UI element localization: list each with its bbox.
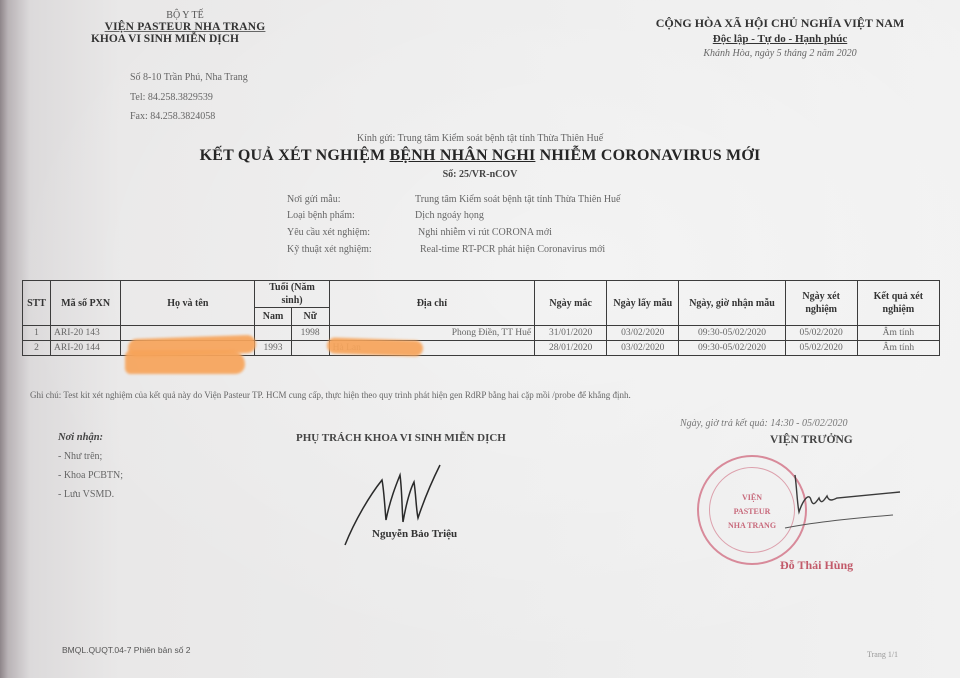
form-code: BMQL.QUQT.04-7 Phiên bản số 2: [62, 645, 191, 655]
info-row: Kỹ thuật xét nghiệm:Real-time RT-PCR phá…: [287, 244, 605, 255]
recipients-title: Nơi nhận:: [58, 432, 103, 443]
col-sampled: Ngày lấy mẫu: [607, 281, 679, 326]
recipient-item: - Như trên;: [58, 451, 102, 462]
fax-line: Fax: 84.258.3824058: [130, 111, 215, 122]
director-title: VIỆN TRƯỞNG: [770, 434, 853, 446]
col-address: Địa chỉ: [329, 281, 534, 326]
national-motto: Độc lập - Tự do - Hạnh phúc: [620, 33, 940, 45]
col-result: Kết quả xét nghiệm: [857, 281, 939, 326]
test-note: Ghi chú: Test kit xét nghiệm của kết quả…: [30, 390, 631, 400]
tel-line: Tel: 84.258.3829539: [130, 92, 213, 103]
redaction-mark: [125, 350, 245, 374]
info-row: Nơi gửi mẫu:Trung tâm Kiểm soát bệnh tật…: [287, 194, 621, 205]
page-number: Trang 1/1: [867, 650, 898, 659]
col-tested: Ngày xét nghiệm: [785, 281, 857, 326]
document-title: KẾT QUẢ XÉT NGHIỆM BỆNH NHÂN NGHI NHIỄM …: [0, 147, 960, 165]
director-signature: [775, 470, 915, 540]
info-row: Yêu cầu xét nghiệm:Nghi nhiễm vi rút COR…: [287, 227, 552, 238]
redaction-mark: [327, 337, 423, 356]
info-row: Loại bệnh phẩm:Dịch ngoáy họng: [287, 210, 484, 221]
col-female: Nữ: [291, 308, 329, 326]
department-head-title: PHỤ TRÁCH KHOA VI SINH MIỄN DỊCH: [296, 432, 506, 444]
institute-name: VIỆN PASTEUR NHA TRANG: [70, 21, 300, 33]
recipient-line: Kính gửi: Trung tâm Kiểm soát bệnh tật t…: [0, 133, 960, 144]
recipient-item: - Lưu VSMD.: [58, 489, 114, 500]
col-stt: STT: [23, 281, 51, 326]
col-age: Tuổi (Năm sinh): [255, 281, 329, 308]
result-return-time: Ngày, giờ trả kết quả: 14:30 - 05/02/202…: [680, 418, 848, 429]
col-male: Nam: [255, 308, 291, 326]
director-name: Đỗ Thái Hùng: [780, 558, 853, 573]
col-received: Ngày, giờ nhận mẫu: [679, 281, 785, 326]
place-date: Khánh Hòa, ngày 5 tháng 2 năm 2020: [620, 48, 940, 59]
recipient-item: - Khoa PCBTN;: [58, 470, 123, 481]
address-line: Số 8-10 Trần Phú, Nha Trang: [130, 72, 248, 83]
nation-name: CỘNG HÒA XÃ HỘI CHỦ NGHĨA VIỆT NAM: [620, 16, 940, 31]
national-header: CỘNG HÒA XÃ HỘI CHỦ NGHĨA VIỆT NAM Độc l…: [620, 16, 940, 59]
col-onset: Ngày mắc: [535, 281, 607, 326]
department-head-name: Nguyễn Bảo Triệu: [372, 528, 457, 540]
ministry-name: BỘ Y TẾ: [70, 10, 300, 21]
col-code: Mã số PXN: [51, 281, 121, 326]
issuer-header: BỘ Y TẾ VIỆN PASTEUR NHA TRANG KHOA VI S…: [70, 10, 300, 45]
document-page: BỘ Y TẾ VIỆN PASTEUR NHA TRANG KHOA VI S…: [0, 0, 960, 678]
department-name: KHOA VI SINH MIỄN DỊCH: [30, 33, 300, 45]
document-number: Số: 25/VR-nCOV: [0, 169, 960, 180]
col-name: Họ và tên: [121, 281, 255, 326]
